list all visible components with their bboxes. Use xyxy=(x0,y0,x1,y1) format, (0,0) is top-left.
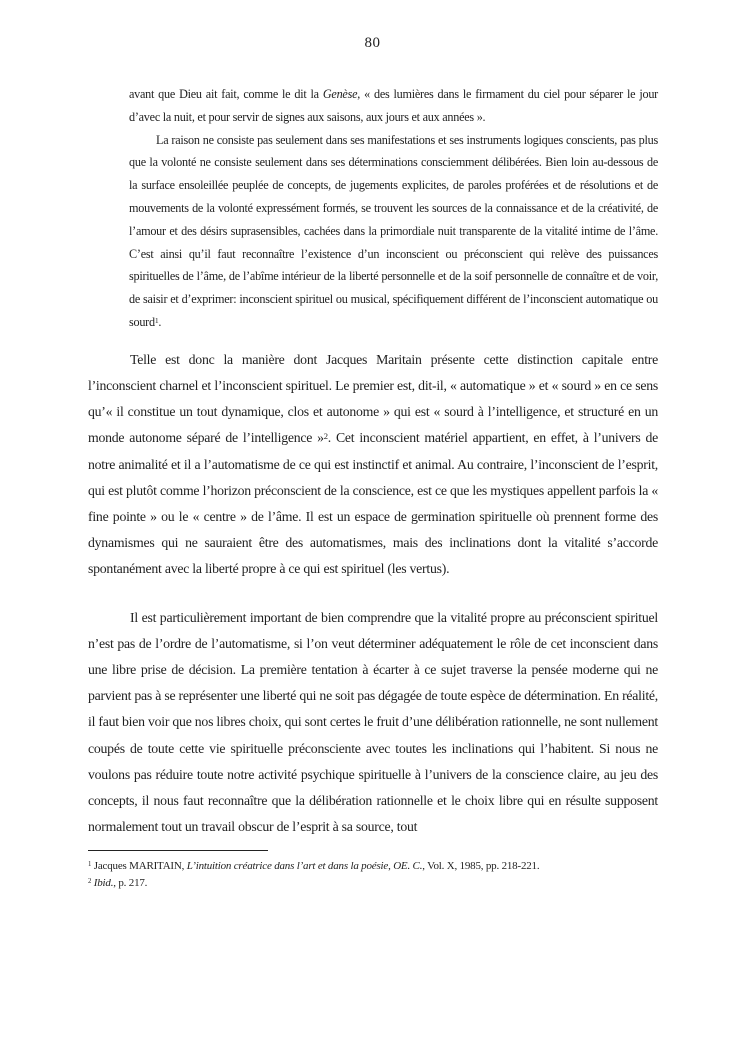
page-number: 80 xyxy=(0,34,745,52)
body-paragraph-1: Telle est donc la manière dont Jacques M… xyxy=(88,347,658,583)
footnotes: 1 Jacques MARITAIN, L’intuition créatric… xyxy=(88,850,658,891)
footnote-1: 1 Jacques MARITAIN, L’intuition créatric… xyxy=(88,858,658,875)
body-paragraph-2: Il est particulièrement important de bie… xyxy=(88,605,658,841)
quote-paragraph-1: avant que Dieu ait fait, comme le dit la… xyxy=(129,83,658,129)
footnote-2: 2 Ibid., p. 217. xyxy=(88,875,658,892)
block-quote: avant que Dieu ait fait, comme le dit la… xyxy=(129,83,658,334)
quote-paragraph-2: La raison ne consiste pas seulement dans… xyxy=(129,129,658,334)
body-text: Telle est donc la manière dont Jacques M… xyxy=(88,347,658,841)
footnote-separator xyxy=(88,850,268,851)
document-page: 80 avant que Dieu ait fait, comme le dit… xyxy=(0,0,745,1053)
